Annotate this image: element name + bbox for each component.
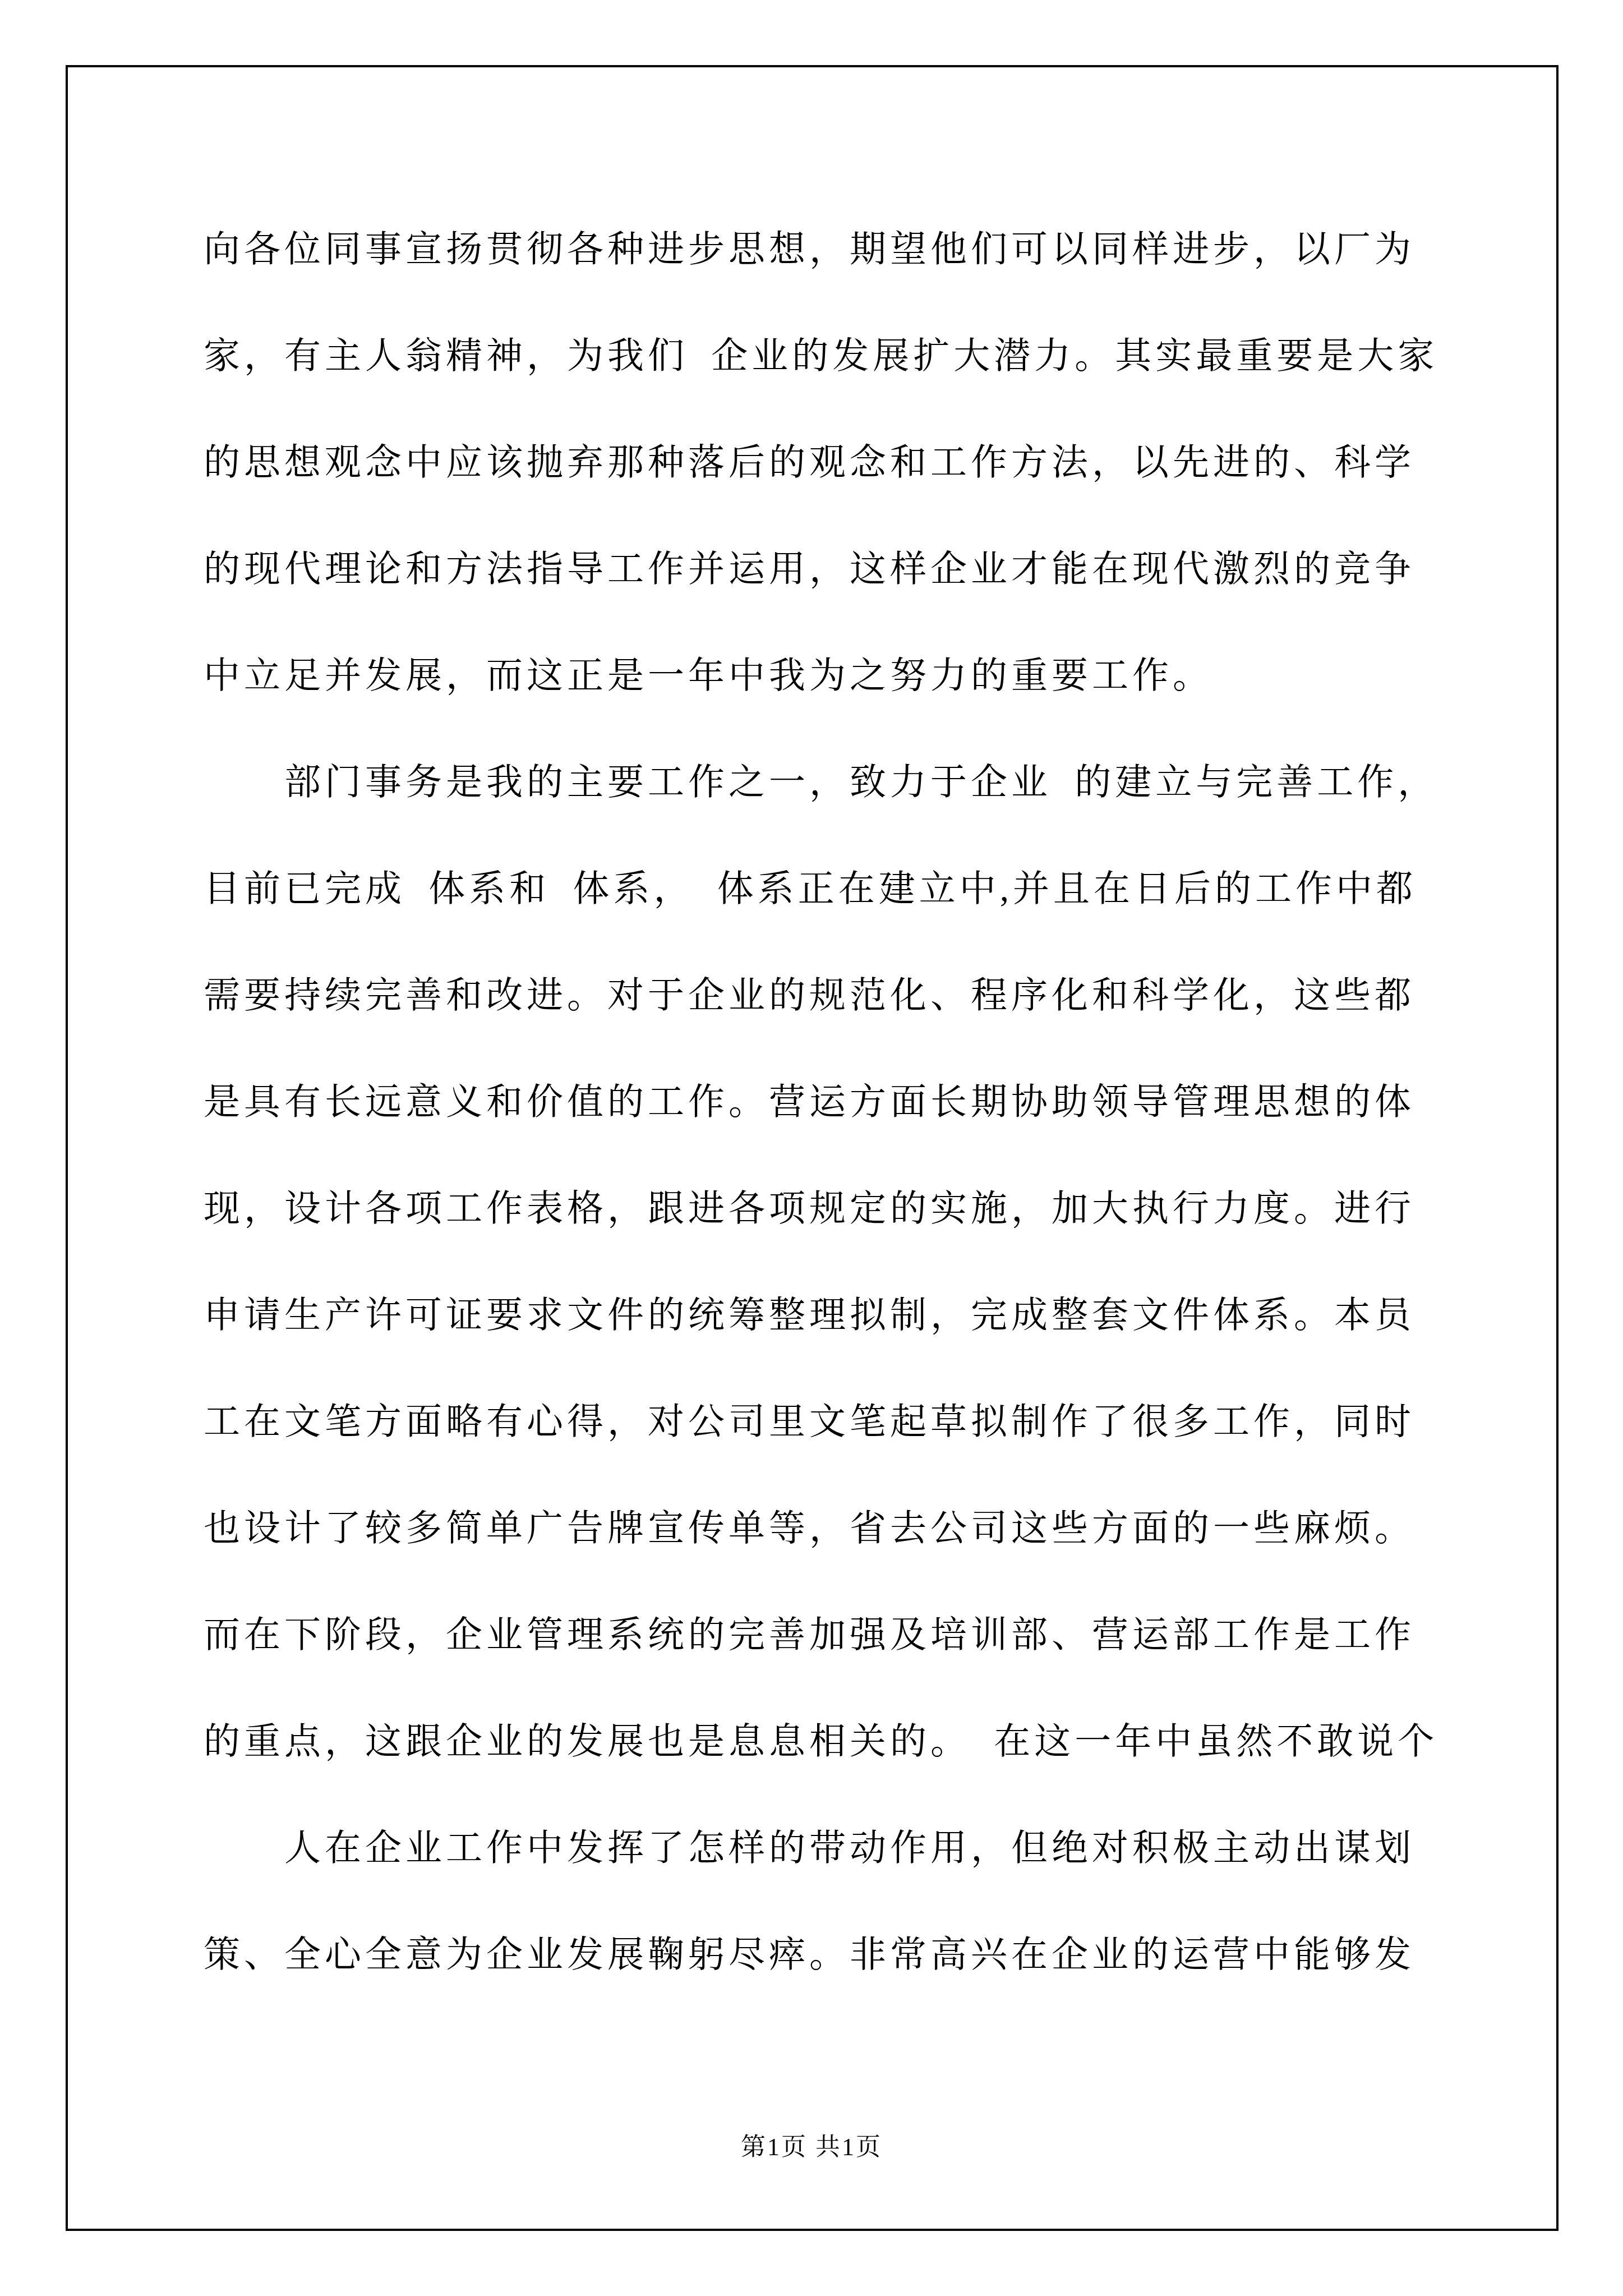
text-line: 目前已完成 体系和 体系， 体系正在建立中,并且在日后的工作中都 (204, 836, 1449, 942)
text-line: 向各位同事宣扬贯彻各种进步思想，期望他们可以同样进步，以厂为 (204, 196, 1449, 303)
text-line: 人在企业工作中发挥了怎样的带动作用，但绝对积极主动出谋划 (204, 1795, 1449, 1902)
text-line: 策、全心全意为企业发展鞠躬尽瘁。非常高兴在企业的运营中能够发 (204, 1902, 1449, 2008)
text-line: 而在下阶段，企业管理系统的完善加强及培训部、营运部工作是工作 (204, 1582, 1449, 1688)
text-line: 中立足并发展，而这正是一年中我为之努力的重要工作。 (204, 623, 1449, 729)
text-line: 的重点，这跟企业的发展也是息息相关的。 在这一年中虽然不敢说个 (204, 1688, 1449, 1795)
page: { "style": { "background": "#ffffff", "t… (0, 0, 1623, 2296)
text-line: 家，有主人翁精神，为我们 企业的发展扩大潜力。其实最重要是大家 (204, 303, 1449, 409)
document-body: 向各位同事宣扬贯彻各种进步思想，期望他们可以同样进步，以厂为家，有主人翁精神，为… (204, 196, 1449, 2008)
text-line: 也设计了较多简单广告牌宣传单等，省去公司这些方面的一些麻烦。 (204, 1475, 1449, 1582)
text-line: 现，设计各项工作表格，跟进各项规定的实施，加大执行力度。进行 (204, 1156, 1449, 1262)
text-line: 工在文笔方面略有心得，对公司里文笔起草拟制作了很多工作，同时 (204, 1369, 1449, 1475)
text-line: 部门事务是我的主要工作之一，致力于企业 的建立与完善工作， (204, 729, 1449, 836)
page-footer: 第1页 共1页 (0, 2132, 1623, 2163)
text-line: 的现代理论和方法指导工作并运用，这样企业才能在现代激烈的竞争 (204, 516, 1449, 623)
text-line: 需要持续完善和改进。对于企业的规范化、程序化和科学化，这些都 (204, 942, 1449, 1049)
text-line: 的思想观念中应该抛弃那种落后的观念和工作方法，以先进的、科学 (204, 409, 1449, 516)
text-line: 是具有长远意义和价值的工作。营运方面长期协助领导管理思想的体 (204, 1049, 1449, 1156)
text-line: 申请生产许可证要求文件的统筹整理拟制，完成整套文件体系。本员 (204, 1262, 1449, 1369)
